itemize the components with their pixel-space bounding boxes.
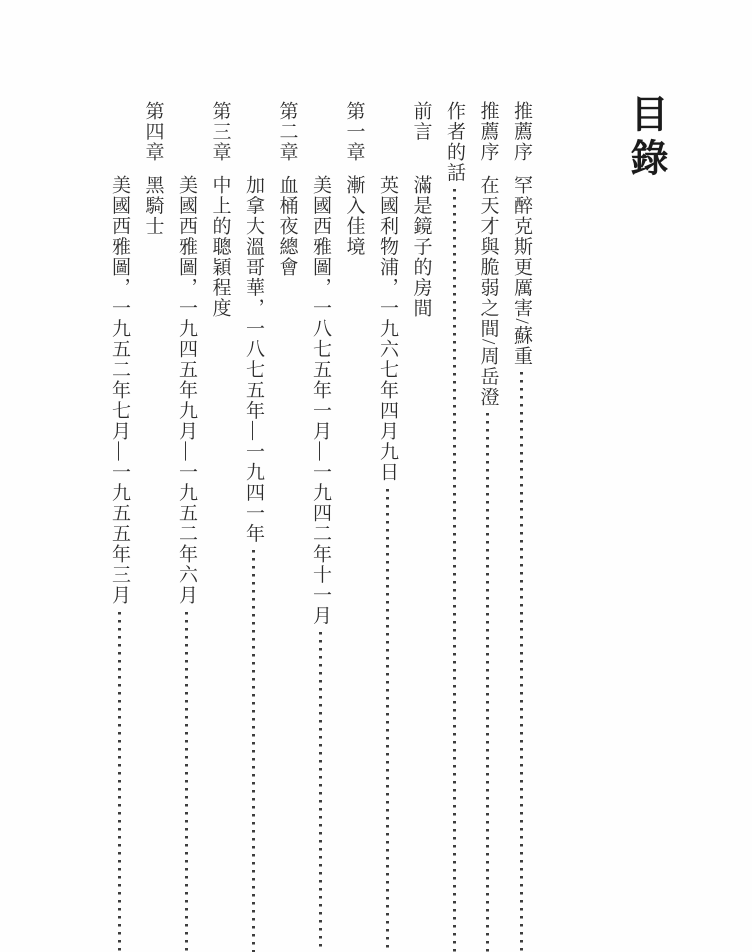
entry-text: 美國西雅圖，一九五二年七月—一九五五年三月 (109, 175, 129, 606)
dotted-leader (319, 632, 322, 952)
dotted-leader (118, 612, 121, 952)
entry-text: 漸入佳境 (344, 175, 364, 257)
entry-label: 前言 (411, 101, 431, 175)
entry-text: 加拿大溫哥華，一八七五年—一九四一年 (243, 175, 263, 544)
entry-text: 血桶夜總會 (277, 175, 297, 278)
entry-indent (176, 101, 196, 175)
toc-entry: 美國西雅圖，一九四五年九月—一九五二年六月 (176, 101, 196, 952)
entry-label: 第二章 (277, 101, 297, 175)
dotted-leader (252, 550, 255, 952)
entry-text: 黑騎士 (143, 175, 163, 237)
entry-indent (377, 101, 397, 175)
entry-label: 作者的話 (444, 101, 464, 183)
entry-text: 中上的聰穎程度 (210, 175, 230, 319)
book-page: 目錄 推薦序 罕醉克斯更厲害/蘇重 推薦序 在天才與脆弱之間/周岳澄 作者的話 … (0, 0, 752, 952)
entry-text: 滿是鏡子的房間 (411, 175, 431, 319)
toc-entry: 作者的話 (444, 101, 464, 952)
dotted-leader (185, 612, 188, 952)
dotted-leader (453, 189, 456, 952)
entry-text: 罕醉克斯更厲害/蘇重 (511, 175, 531, 366)
page-title: 目錄 (626, 94, 664, 182)
toc-entry: 英國利物浦，一九六七年四月九日 (377, 101, 397, 952)
entry-indent (243, 101, 263, 175)
entry-text: 英國利物浦，一九六七年四月九日 (377, 175, 397, 483)
dotted-leader (520, 372, 523, 952)
toc-entry: 第三章 中上的聰穎程度 (210, 101, 230, 952)
entry-label: 第一章 (344, 101, 364, 175)
entry-indent (310, 101, 330, 175)
toc-entry: 加拿大溫哥華，一八七五年—一九四一年 (243, 101, 263, 952)
entry-label: 第三章 (210, 101, 230, 175)
entry-text: 美國西雅圖，一九四五年九月—一九五二年六月 (176, 175, 196, 606)
toc-entry: 第四章 黑騎士 (143, 101, 163, 952)
entry-indent (109, 101, 129, 175)
entry-text: 在天才與脆弱之間/周岳澄 (478, 175, 498, 407)
toc-entry: 推薦序 罕醉克斯更厲害/蘇重 (511, 101, 531, 952)
table-of-contents: 推薦序 罕醉克斯更厲害/蘇重 推薦序 在天才與脆弱之間/周岳澄 作者的話 前言 … (93, 101, 531, 952)
toc-entry: 第二章 血桶夜總會 (277, 101, 297, 952)
toc-entry: 美國西雅圖，一八七五年一月—一九四二年十一月 (310, 101, 330, 952)
entry-label: 第四章 (143, 101, 163, 175)
entry-label: 推薦序 (511, 101, 531, 175)
toc-entry: 美國西雅圖，一九五二年七月—一九五五年三月 (109, 101, 129, 952)
entry-text: 美國西雅圖，一八七五年一月—一九四二年十一月 (310, 175, 330, 626)
entry-label: 推薦序 (478, 101, 498, 175)
toc-entry: 第一章 漸入佳境 (344, 101, 364, 952)
toc-entry: 推薦序 在天才與脆弱之間/周岳澄 (478, 101, 498, 952)
dotted-leader (386, 489, 389, 952)
dotted-leader (486, 413, 489, 952)
toc-entry: 前言 滿是鏡子的房間 (411, 101, 431, 952)
